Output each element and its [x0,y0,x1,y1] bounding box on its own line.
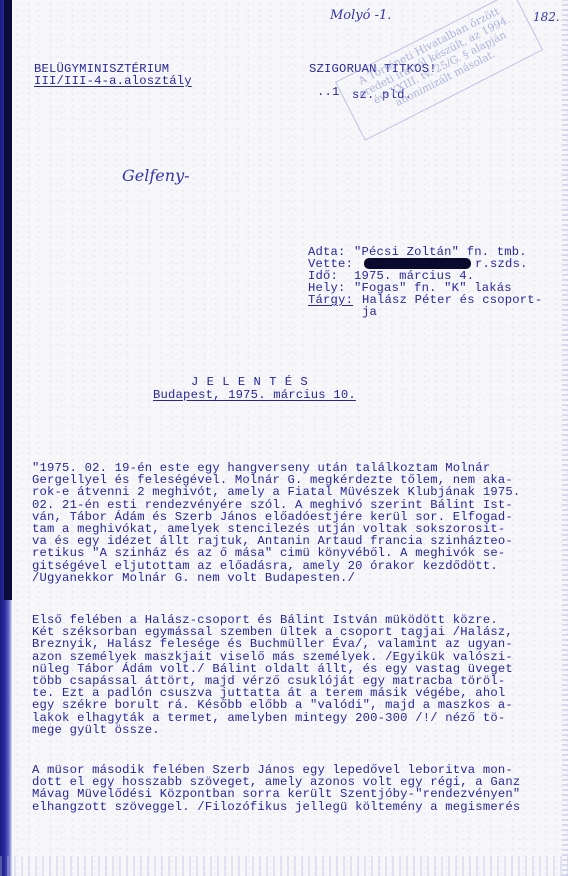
text-line: va és egy idézet állt rajtuk, Antanin Ar… [32,535,513,547]
handwritten-note-top: Molyó -1. [330,8,391,23]
document-page: BELÜGYMINISZTÉRIUM III/III-4-a.alosztály… [0,0,568,876]
redaction-bar [364,258,471,269]
text-line: Breznyik, Halász felesége és Buchmüller … [32,638,513,650]
text-line: /Ugyanekkor Molnár G. nem volt Budapeste… [32,572,355,584]
text-line: retikus "A szinház és az ő mása" cimü kö… [32,547,505,559]
text-line: ván, Tábor Ádám és Szerb János előadóest… [32,511,513,523]
text-line: Gergellyel és feleségével. Molnár G. meg… [32,474,513,486]
report-title: J E L E N T É S [191,376,308,388]
targy-value: Halász Péter és csoport- [362,294,542,306]
text-line: Első felében a Halász-csoport és Bálint … [32,614,498,626]
text-line: nüleg Tábor Ádám volt./ Bálint oldalt ál… [32,663,513,675]
text-line: Mávag Müvelődési Központban sorra került… [32,788,520,800]
department-name: III/III-4-a.alosztály [34,75,192,87]
vette-value: r.szds. [475,258,528,270]
scan-bottom-edge [0,856,568,876]
page-number: 182. [533,10,560,24]
targy-label: Tárgy: [308,294,353,306]
targy-value-cont: ja [362,306,377,318]
scan-right-edge [562,0,568,876]
text-line: te. Ezt a padlón csuszva juttatta át a t… [32,687,505,699]
text-line: több csapással áttört, majd vérző csukló… [32,675,505,687]
text-line: 02. 21-én esti rendezvényére szól. A meg… [32,499,513,511]
text-line: gitségével eljutottam az előadásra, amel… [32,560,498,572]
text-line: "1975. 02. 19-én este egy hangverseny ut… [32,462,490,474]
scan-binding-shadow [4,0,12,600]
text-line: A müsor második felében Szerb János egy … [32,764,513,776]
text-line: lakok elhagyták a termet, amelyben minte… [32,712,505,724]
text-line: azon személyek maszkjait viselő más szem… [32,651,513,663]
text-line: elhangzott szöveggel. /Filozófikus jelle… [32,801,520,813]
text-line: rok-e átvenni 2 meghivót, amely a Fiatal… [32,486,520,498]
report-place-date: Budapest, 1975. március 10. [153,389,356,401]
handwritten-signature: Gelfeny- [122,166,190,185]
text-line: egy székre borult rá. Később előbb a "va… [32,699,513,711]
copy-number: ..1 [317,86,340,98]
text-line: tam a meghivókat, amelyek stencilezés ut… [32,523,505,535]
text-line: mege gyült össze. [32,724,160,736]
text-line: dott el egy hosszabb szöveget, amely azo… [32,776,520,788]
